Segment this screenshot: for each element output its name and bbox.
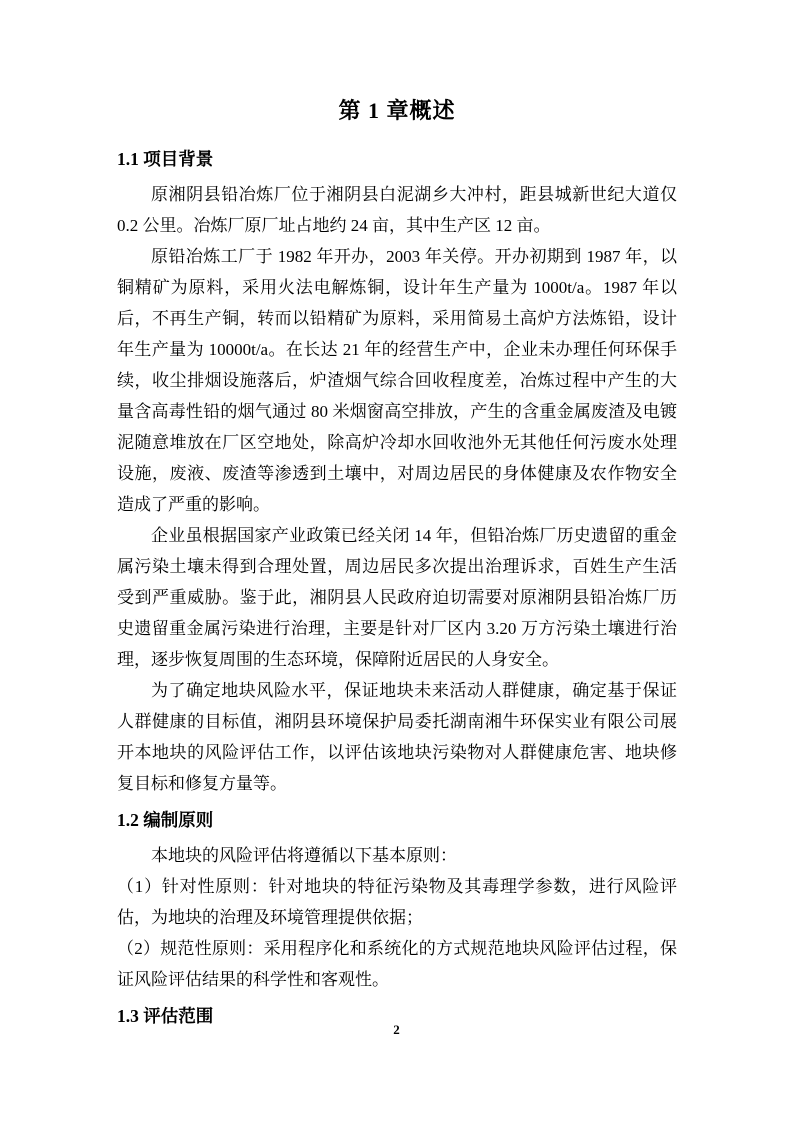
page-number: 2 xyxy=(0,1022,793,1038)
paragraph: 原湘阴县铅冶炼厂位于湘阴县白泥湖乡大冲村，距县城新世纪大道仅 0.2 公里。冶炼… xyxy=(117,179,677,241)
paragraph: 本地块的风险评估将遵循以下基本原则： xyxy=(117,840,677,871)
paragraph-list-item: （2）规范性原则：采用程序化和系统化的方式规范地块风险评估过程，保证风险评估结果… xyxy=(117,933,677,995)
section-heading-1-1: 1.1 项目背景 xyxy=(117,144,677,175)
paragraph: 企业虽根据国家产业政策已经关闭 14 年，但铅冶炼厂历史遗留的重金属污染土壤未得… xyxy=(117,520,677,675)
paragraph: 为了确定地块风险水平，保证地块未来活动人群健康，确定基于保证人群健康的目标值，湘… xyxy=(117,675,677,799)
section-heading-1-2: 1.2 编制原则 xyxy=(117,805,677,836)
chapter-title: 第 1 章概述 xyxy=(117,96,677,126)
document-content: 第 1 章概述 1.1 项目背景 原湘阴县铅冶炼厂位于湘阴县白泥湖乡大冲村，距县… xyxy=(117,96,677,1036)
document-page: 第 1 章概述 1.1 项目背景 原湘阴县铅冶炼厂位于湘阴县白泥湖乡大冲村，距县… xyxy=(0,0,793,1122)
paragraph-list-item: （1）针对性原则：针对地块的特征污染物及其毒理学参数，进行风险评估，为地块的治理… xyxy=(117,871,677,933)
paragraph: 原铅冶炼工厂于 1982 年开办，2003 年关停。开办初期到 1987 年，以… xyxy=(117,241,677,520)
